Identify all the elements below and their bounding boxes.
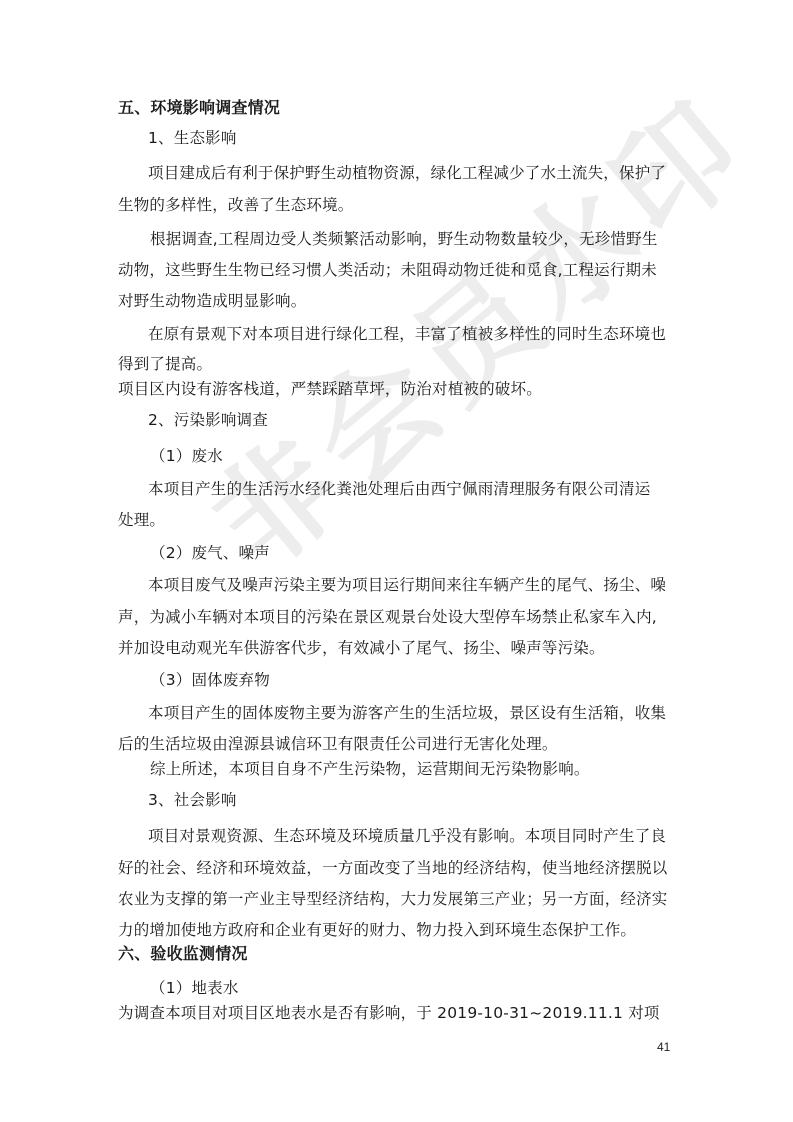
paragraph-line: 力的增加使地方政府和企业有更好的财力、物力投入到环境生态保护工作。 <box>118 920 636 940</box>
paragraph-line: 本项目产生的固体废物主要为游客产生的生活垃圾，景区设有生活箱，收集 <box>148 703 666 723</box>
paragraph-line: 声，为减小车辆对本项目的污染在景区观景台处设大型停车场禁止私家车入内, <box>118 607 657 627</box>
item-heading-exhaust-noise: （2）废气、噪声 <box>150 543 270 563</box>
document-page: 非会员水印 五、环境影响调查情况 1、生态影响 项目建成后有利于保护野生动植物资… <box>0 0 793 1122</box>
paragraph-line: 农业为支撑的第一产业主导型经济结构，大力发展第三产业；另一方面，经济实 <box>118 889 668 909</box>
paragraph-line: 后的生活垃圾由湟源县诚信环卫有限责任公司进行无害化处理。 <box>118 734 558 754</box>
subheading-ecological-impact: 1、生态影响 <box>148 128 237 148</box>
section-heading-6: 六、验收监测情况 <box>118 944 248 964</box>
subheading-social-impact: 3、社会影响 <box>148 790 237 810</box>
paragraph-line: 项目建成后有利于保护野生动植物资源，绿化工程减少了水土流失，保护了 <box>148 163 666 183</box>
paragraph-line: 本项目产生的生活污水经化粪池处理后由西宁佩雨清理服务有限公司清运 <box>148 479 650 499</box>
item-heading-surface-water: （1）地表水 <box>150 978 239 998</box>
paragraph-line: 好的社会、经济和环境效益，一方面改变了当地的经济结构，使当地经济摆脱以 <box>118 858 668 878</box>
paragraph-line: 本项目废气及噪声污染主要为项目运行期间来往车辆产生的尾气、扬尘、噪 <box>148 575 666 595</box>
paragraph-line: 处理。 <box>118 510 165 530</box>
paragraph-line: 对野生动物造成明显影响。 <box>118 291 306 311</box>
paragraph-line: 动物，这些野生生物已经习惯人类活动；未阻碍动物迁徙和觅食,工程运行期未 <box>118 260 657 280</box>
page-number: 41 <box>657 1040 670 1054</box>
subheading-pollution-impact: 2、污染影响调查 <box>148 410 268 430</box>
paragraph-line: 项目对景观资源、生态环境及环境质量几乎没有影响。本项目同时产生了良 <box>148 826 666 846</box>
paragraph-line: 生物的多样性，改善了生态环境。 <box>118 195 354 215</box>
paragraph-line: 在原有景观下对本项目进行绿化工程，丰富了植被多样性的同时生态环境也 <box>148 324 666 344</box>
paragraph-line: 根据调查,工程周边受人类频繁活动影响，野生动物数量较少，无珍惜野生 <box>150 229 658 249</box>
paragraph-line: 为调查本项目对项目区地表水是否有影响，于 2019-10-31~2019.11.… <box>118 1003 660 1023</box>
item-heading-solid-waste: （3）固体废弃物 <box>150 670 270 690</box>
paragraph-line: 综上所述，本项目自身不产生污染物，运营期间无污染物影响。 <box>150 759 590 779</box>
section-heading-5: 五、环境影响调查情况 <box>118 98 280 118</box>
paragraph-line: 并加设电动观光车供游客代步，有效减小了尾气、扬尘、噪声等污染。 <box>118 638 605 658</box>
paragraph-line: 项目区内设有游客栈道，严禁踩踏草坪，防治对植被的破坏。 <box>118 379 542 399</box>
item-heading-wastewater: （1）废水 <box>150 446 223 466</box>
paragraph-line: 得到了提高。 <box>118 354 212 374</box>
